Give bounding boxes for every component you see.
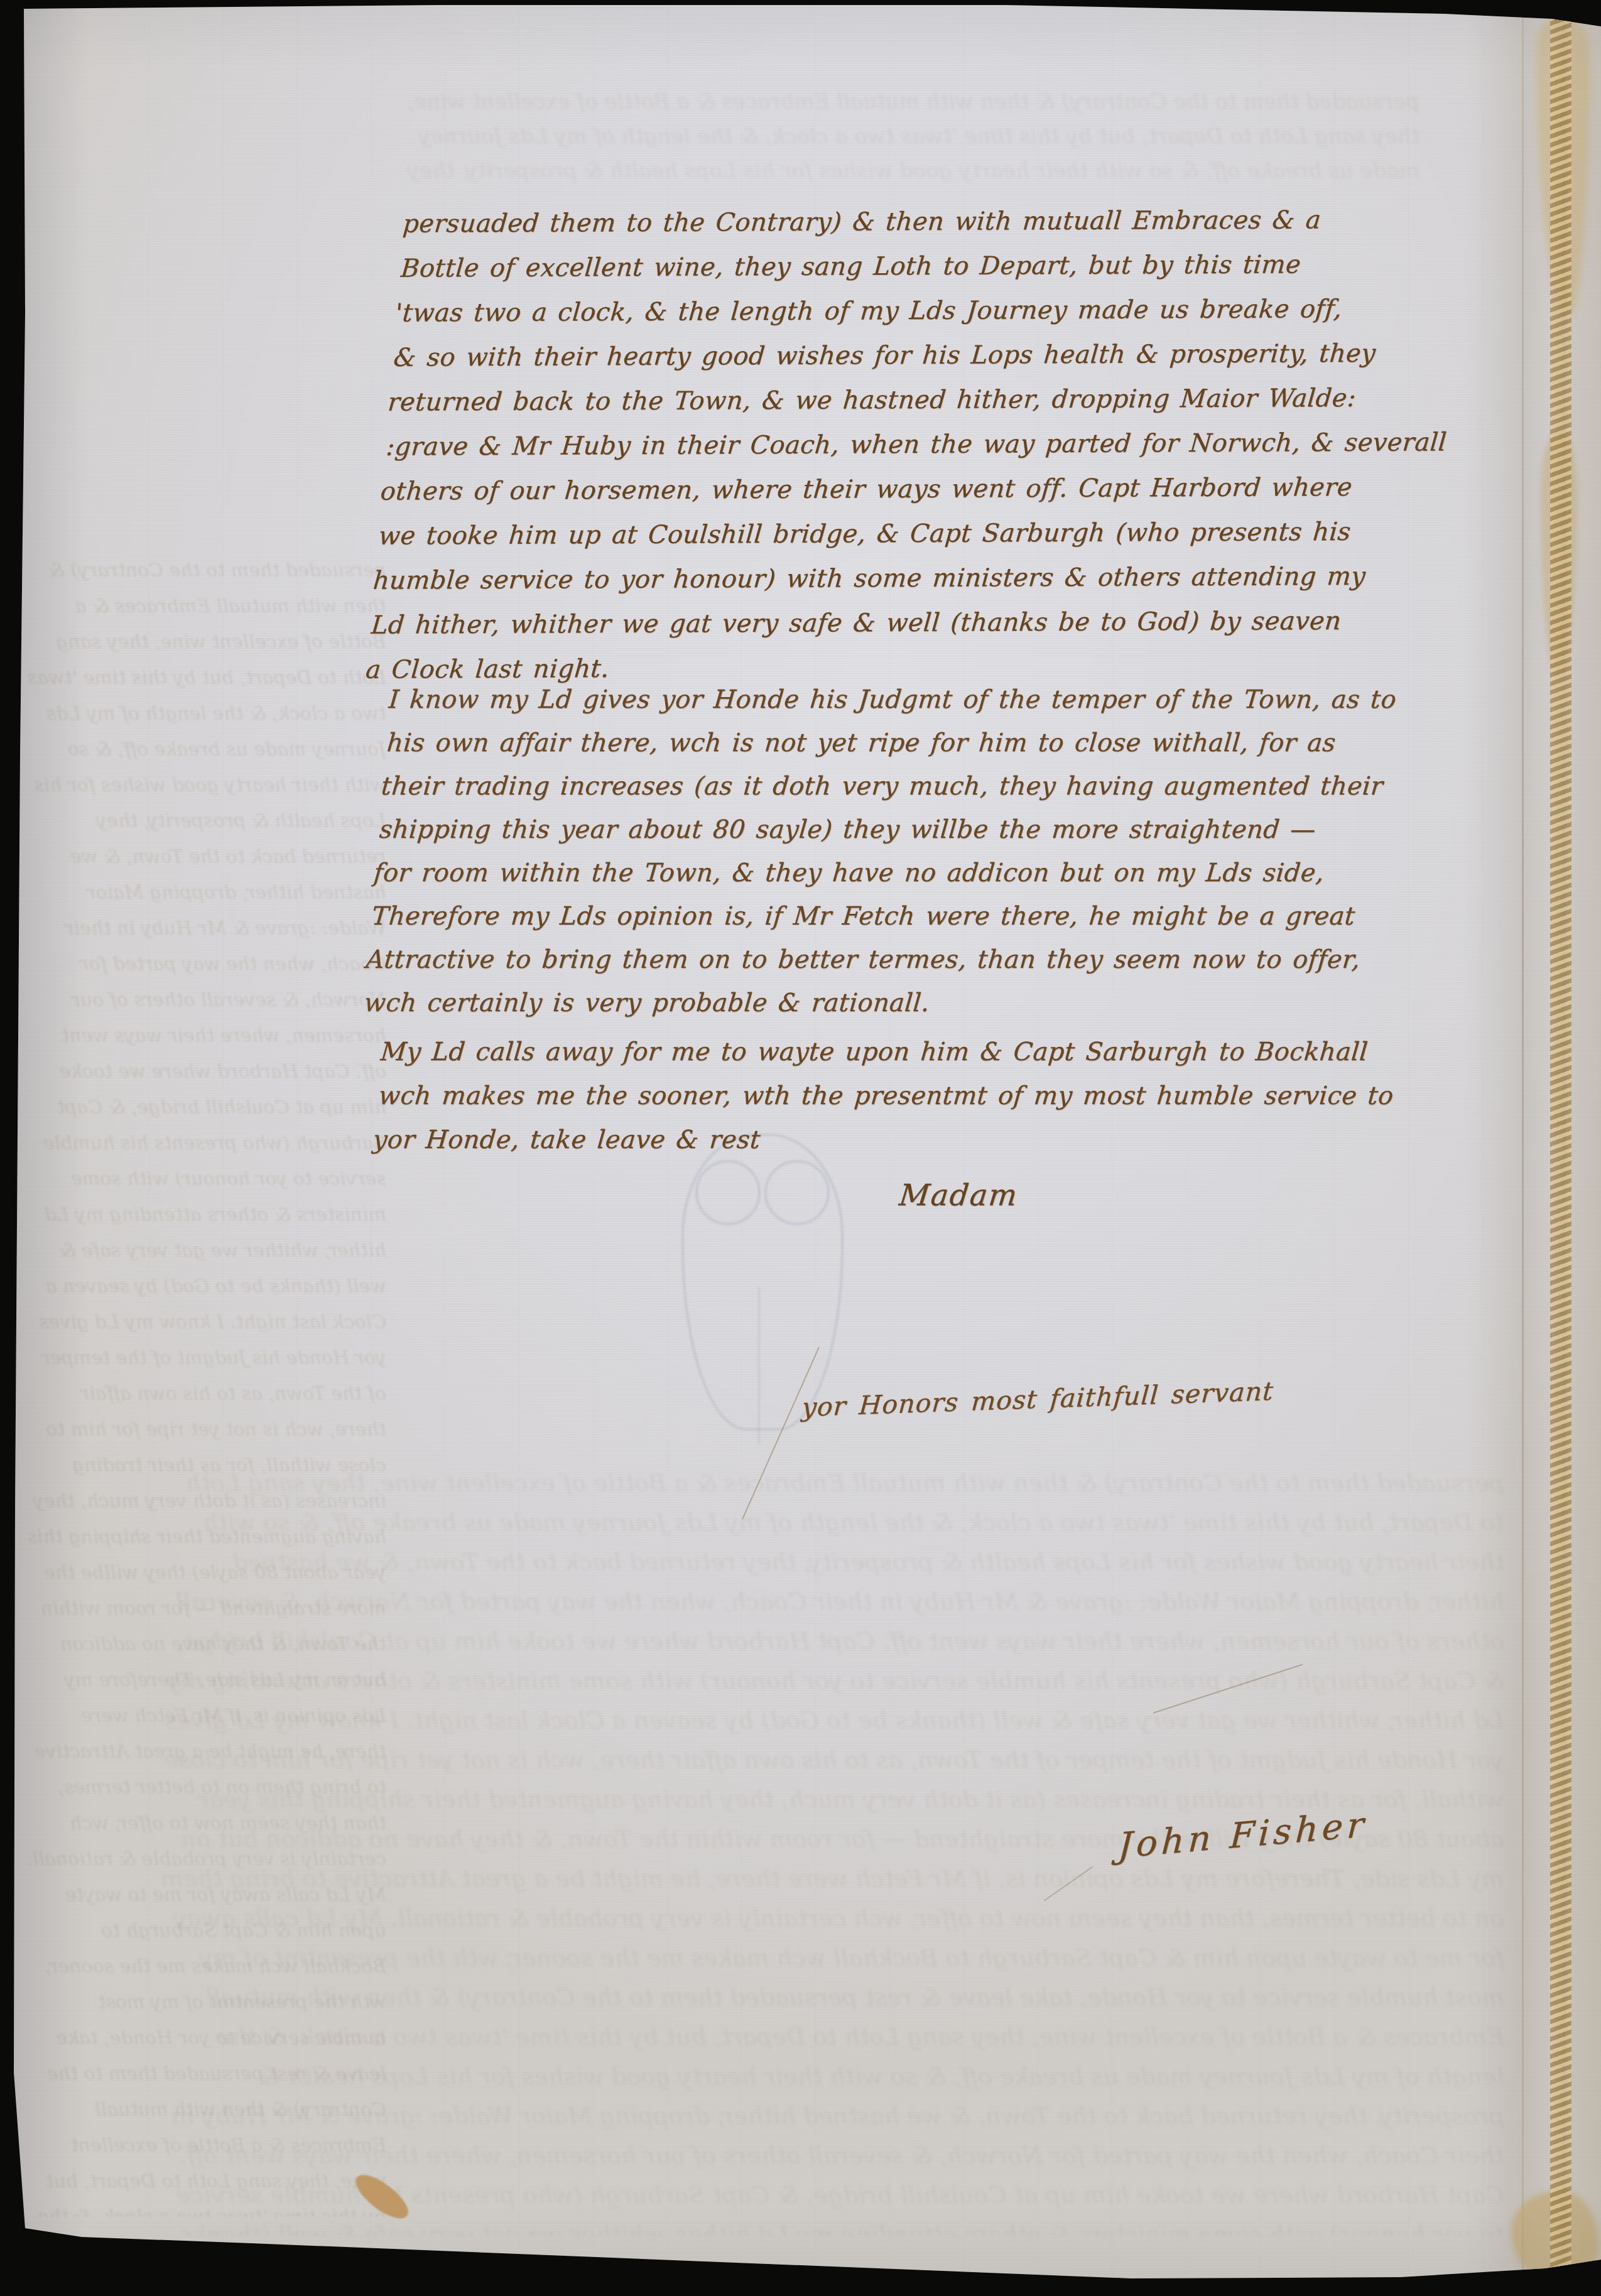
pen-scratch xyxy=(742,1347,820,1520)
salutation: Madam xyxy=(898,1178,1020,1213)
manuscript-scan: persuaded them to the Contrary) & then w… xyxy=(0,0,1601,2296)
letter-line: My Ld calls away for me to wayte upon hi… xyxy=(379,1030,1399,1074)
letter-line: 'twas two a clock, & the length of my Ld… xyxy=(393,286,1459,335)
letter-line: returned back to the Town, & we hastned … xyxy=(386,376,1452,425)
letter-line: shipping this year about 80 sayle) they … xyxy=(377,808,1387,852)
gutter-shading xyxy=(1463,0,1601,2296)
letter-line: Attractive to bring them on to better te… xyxy=(364,938,1376,982)
manuscript-page: persuaded them to the Contrary) & then w… xyxy=(0,0,1601,2296)
ink-stain xyxy=(349,2167,414,2226)
binding-cord xyxy=(1550,0,1571,2296)
letter-paragraph-1: persuaded them to the Contrary) & then w… xyxy=(364,197,1467,692)
paper-watermark xyxy=(681,1134,844,1431)
pen-scratch xyxy=(1153,1664,1303,1713)
letter-line: their trading increases (as it doth very… xyxy=(379,765,1391,808)
letter-line: Therefore my Lds opinion is, if Mr Fetch… xyxy=(370,895,1379,938)
letter-line: :grave & Mr Huby in their Coach, when th… xyxy=(384,420,1448,469)
watermark-circle xyxy=(695,1160,761,1225)
letter-line: Ld hither, whither we gat very safe & we… xyxy=(369,598,1433,647)
letter-paragraph-2: I know my Ld gives yor Honde his Judgmt … xyxy=(361,678,1398,1025)
letter-line: wch makes me the sooner, wth the present… xyxy=(377,1074,1396,1118)
page-crease xyxy=(1522,13,1524,2286)
letter-line: his own affair there, wch is not yet rip… xyxy=(385,722,1394,765)
letter-line: others of our horsemen, where their ways… xyxy=(379,465,1445,514)
letter-line: persuaded them to the Contrary) & then w… xyxy=(401,197,1467,246)
pen-scratch xyxy=(1044,1866,1094,1901)
letter-line: yor Honde, take leave & rest xyxy=(371,1118,1392,1162)
letter-line: we tooke him up at Coulshill bridge, & C… xyxy=(377,509,1441,558)
bleed-through-text-left: persuaded them to the Contrary) & then w… xyxy=(25,553,386,2217)
letter-line: humble service to yor honour) with some … xyxy=(371,554,1437,603)
watermark-circle xyxy=(764,1160,830,1225)
letter-line: Bottle of excellent wine, they sang Loth… xyxy=(399,242,1463,291)
letter-paragraph-3: My Ld calls away for me to wayte upon hi… xyxy=(371,1030,1399,1162)
letter-line: wch certainly is very probable & rationa… xyxy=(362,982,1372,1025)
letter-line: & so with their hearty good wishes for h… xyxy=(392,331,1456,380)
valediction: yor Honors most faithfull servant xyxy=(801,1376,1274,1422)
watermark-stem xyxy=(758,1287,760,1444)
letter-line: I know my Ld gives yor Honde his Judgmt … xyxy=(387,678,1398,722)
bleed-through-text-top: persuaded them to the Contrary) & then w… xyxy=(377,85,1419,188)
letter-line: for room within the Town, & they have no… xyxy=(372,852,1383,895)
signature: John Fisher xyxy=(1117,1804,1369,1866)
